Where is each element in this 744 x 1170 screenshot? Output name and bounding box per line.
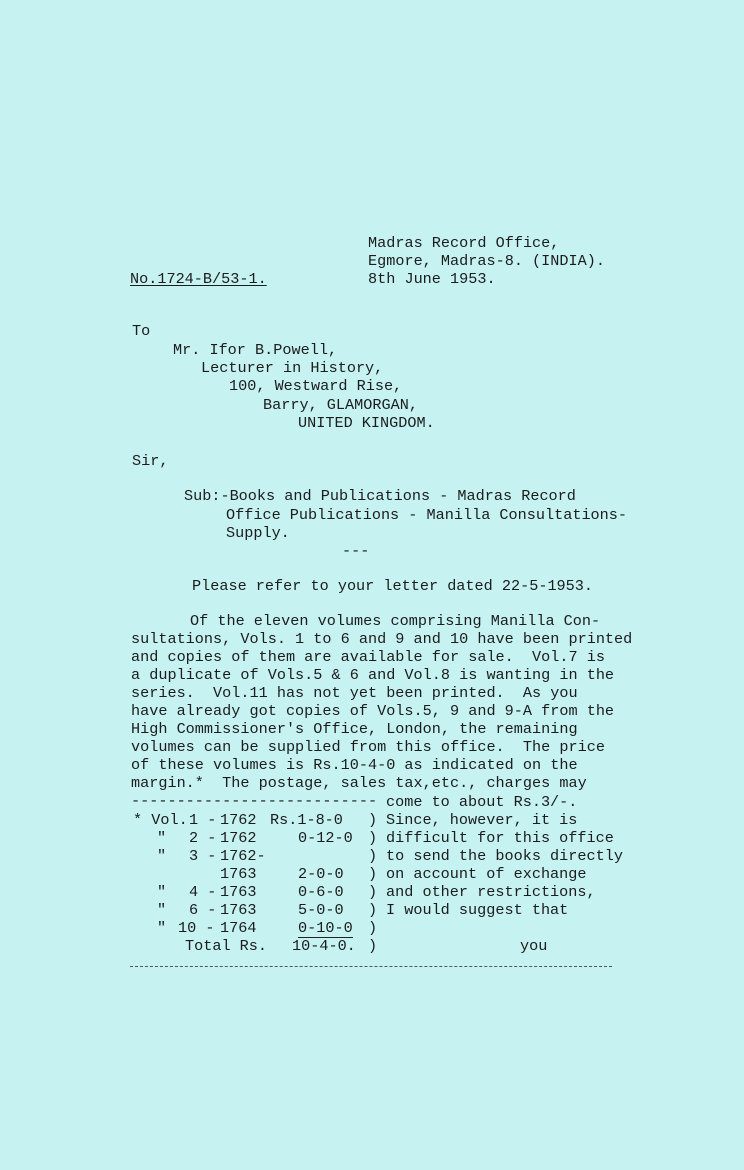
volume-year: 1763 [220,901,256,919]
to-label: To [132,322,150,340]
bracket: ) [368,901,377,919]
ditto-mark: " [157,901,166,919]
right-column-line: come to about Rs.3/-. [386,793,577,811]
volume-price: 0-6-0 [298,883,344,901]
volume-year: 1763 [220,883,256,901]
office-address-line-2: Egmore, Madras-8. (INDIA). [368,252,605,270]
volume-year: 1763 [220,865,256,883]
right-column-line: to send the books directly [386,847,623,865]
body-line: a duplicate of Vols.5 & 6 and Vol.8 is w… [131,666,614,684]
salutation: Sir, [132,452,168,470]
bracket: ) [368,865,377,883]
bracket: ) [368,883,377,901]
row-marker: * Vol. [133,811,188,829]
office-address-line-1: Madras Record Office, [368,234,559,252]
body-line: High Commissioner's Office, London, the … [131,720,578,738]
ditto-mark: " [157,919,166,937]
subject-line-1: Sub:-Books and Publications - Madras Rec… [184,487,576,505]
body-line: Of the eleven volumes comprising Manilla… [190,612,600,630]
volume-price: 5-0-0 [298,901,344,919]
volume-price: 2-0-0 [298,865,344,883]
addressee-street: 100, Westward Rise, [229,377,402,395]
bracket: ) [368,811,377,829]
right-column-line: and other restrictions, [386,883,596,901]
bottom-rule [130,966,612,967]
body-paragraph-1: Please refer to your letter dated 22-5-1… [192,577,593,595]
bracket: ) [368,829,377,847]
ditto-mark: " [157,829,166,847]
letter-date: 8th June 1953. [368,270,496,288]
total-label: Total Rs. [185,937,267,955]
bracket: ) [368,919,377,937]
body-line: and copies of them are available for sal… [131,648,605,666]
right-column-line: Since, however, it is [386,811,577,829]
addressee-country: UNITED KINGDOM. [298,414,435,432]
total-amount: 10-4-0. [292,937,356,955]
reference-number: No.1724-B/53-1. [130,270,267,288]
right-column-line: I would suggest that [386,901,568,919]
volume-number: 10 - [178,919,214,937]
margin-dash-rule: --------------------------- [131,792,377,810]
volume-price: 0-12-0 [298,829,353,847]
right-column-line: you [520,937,547,955]
addressee-name: Mr. Ifor B.Powell, [173,341,337,359]
volume-year: 1762 [220,811,256,829]
volume-price: 0-10-0 [298,919,353,938]
ditto-mark: " [157,847,166,865]
volume-number: 3 - [189,847,216,865]
right-column-line: difficult for this office [386,829,614,847]
subject-line-2: Office Publications - Manilla Consultati… [226,506,627,524]
body-line: sultations, Vols. 1 to 6 and 9 and 10 ha… [131,630,632,648]
body-line: series. Vol.11 has not yet been printed.… [131,684,578,702]
volume-number: 4 - [189,883,216,901]
volume-number: 2 - [189,829,216,847]
volume-year: 1764 [220,919,256,937]
right-column-line: on account of exchange [386,865,587,883]
bracket: ) [368,847,377,865]
subject-line-3: Supply. [226,524,290,542]
body-line: volumes can be supplied from this office… [131,738,605,756]
bracket: ) [368,937,377,955]
volume-price: Rs.1-8-0 [270,811,343,829]
volume-year: 1762- [220,847,266,865]
volume-number: 1 - [189,811,216,829]
body-line: margin.* The postage, sales tax,etc., ch… [131,774,587,792]
subject-separator: --- [342,542,369,560]
body-line: of these volumes is Rs.10-4-0 as indicat… [131,756,578,774]
ditto-mark: " [157,883,166,901]
addressee-title: Lecturer in History, [201,359,383,377]
volume-number: 6 - [189,901,216,919]
body-line: have already got copies of Vols.5, 9 and… [131,702,614,720]
volume-year: 1762 [220,829,256,847]
addressee-city: Barry, GLAMORGAN, [263,396,418,414]
